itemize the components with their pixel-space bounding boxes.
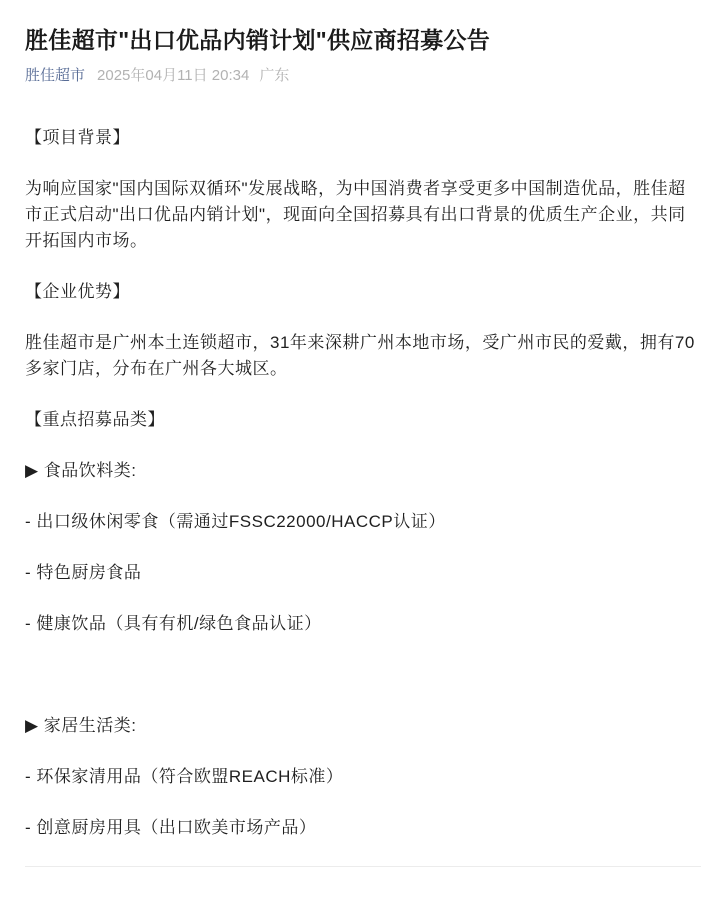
list-item-kitchen-tools: - 创意厨房用具（出口欧美市场产品） <box>25 815 701 841</box>
section-header-key-categories: 【重点招募品类】 <box>25 407 701 433</box>
author-link[interactable]: 胜佳超市 <box>25 65 85 86</box>
publish-region: 广东 <box>259 65 289 86</box>
bottom-divider <box>25 866 701 867</box>
article-content: 【项目背景】 为响应国家"国内国际双循环"发展战略，为中国消费者享受更多中国制造… <box>25 125 701 841</box>
list-item-health-drinks: - 健康饮品（具有有机/绿色食品认证） <box>25 611 701 637</box>
category-home-living-header: ▶ 家居生活类: <box>25 713 701 739</box>
section-header-company-advantage: 【企业优势】 <box>25 279 701 305</box>
article-meta: 胜佳超市 2025年04月11日 20:34 广东 <box>25 65 701 86</box>
list-item-eco-cleaning: - 环保家清用品（符合欧盟REACH标准） <box>25 764 701 790</box>
paragraph-project-background: 为响应国家"国内国际双循环"发展战略，为中国消费者享受更多中国制造优品，胜佳超市… <box>25 176 701 254</box>
list-item-kitchen-food: - 特色厨房食品 <box>25 560 701 586</box>
paragraph-spacer <box>25 662 701 688</box>
paragraph-company-advantage: 胜佳超市是广州本土连锁超市，31年来深耕广州本地市场，受广州市民的爱戴，拥有70… <box>25 330 701 382</box>
section-header-project-background: 【项目背景】 <box>25 125 701 151</box>
article-page: 胜佳超市"出口优品内销计划"供应商招募公告 胜佳超市 2025年04月11日 2… <box>0 25 726 867</box>
list-item-snacks: - 出口级休闲零食（需通过FSSC22000/HACCP认证） <box>25 509 701 535</box>
publish-date: 2025年04月11日 20:34 <box>97 65 249 86</box>
category-food-beverage-header: ▶ 食品饮料类: <box>25 458 701 484</box>
article-title: 胜佳超市"出口优品内销计划"供应商招募公告 <box>25 25 701 56</box>
